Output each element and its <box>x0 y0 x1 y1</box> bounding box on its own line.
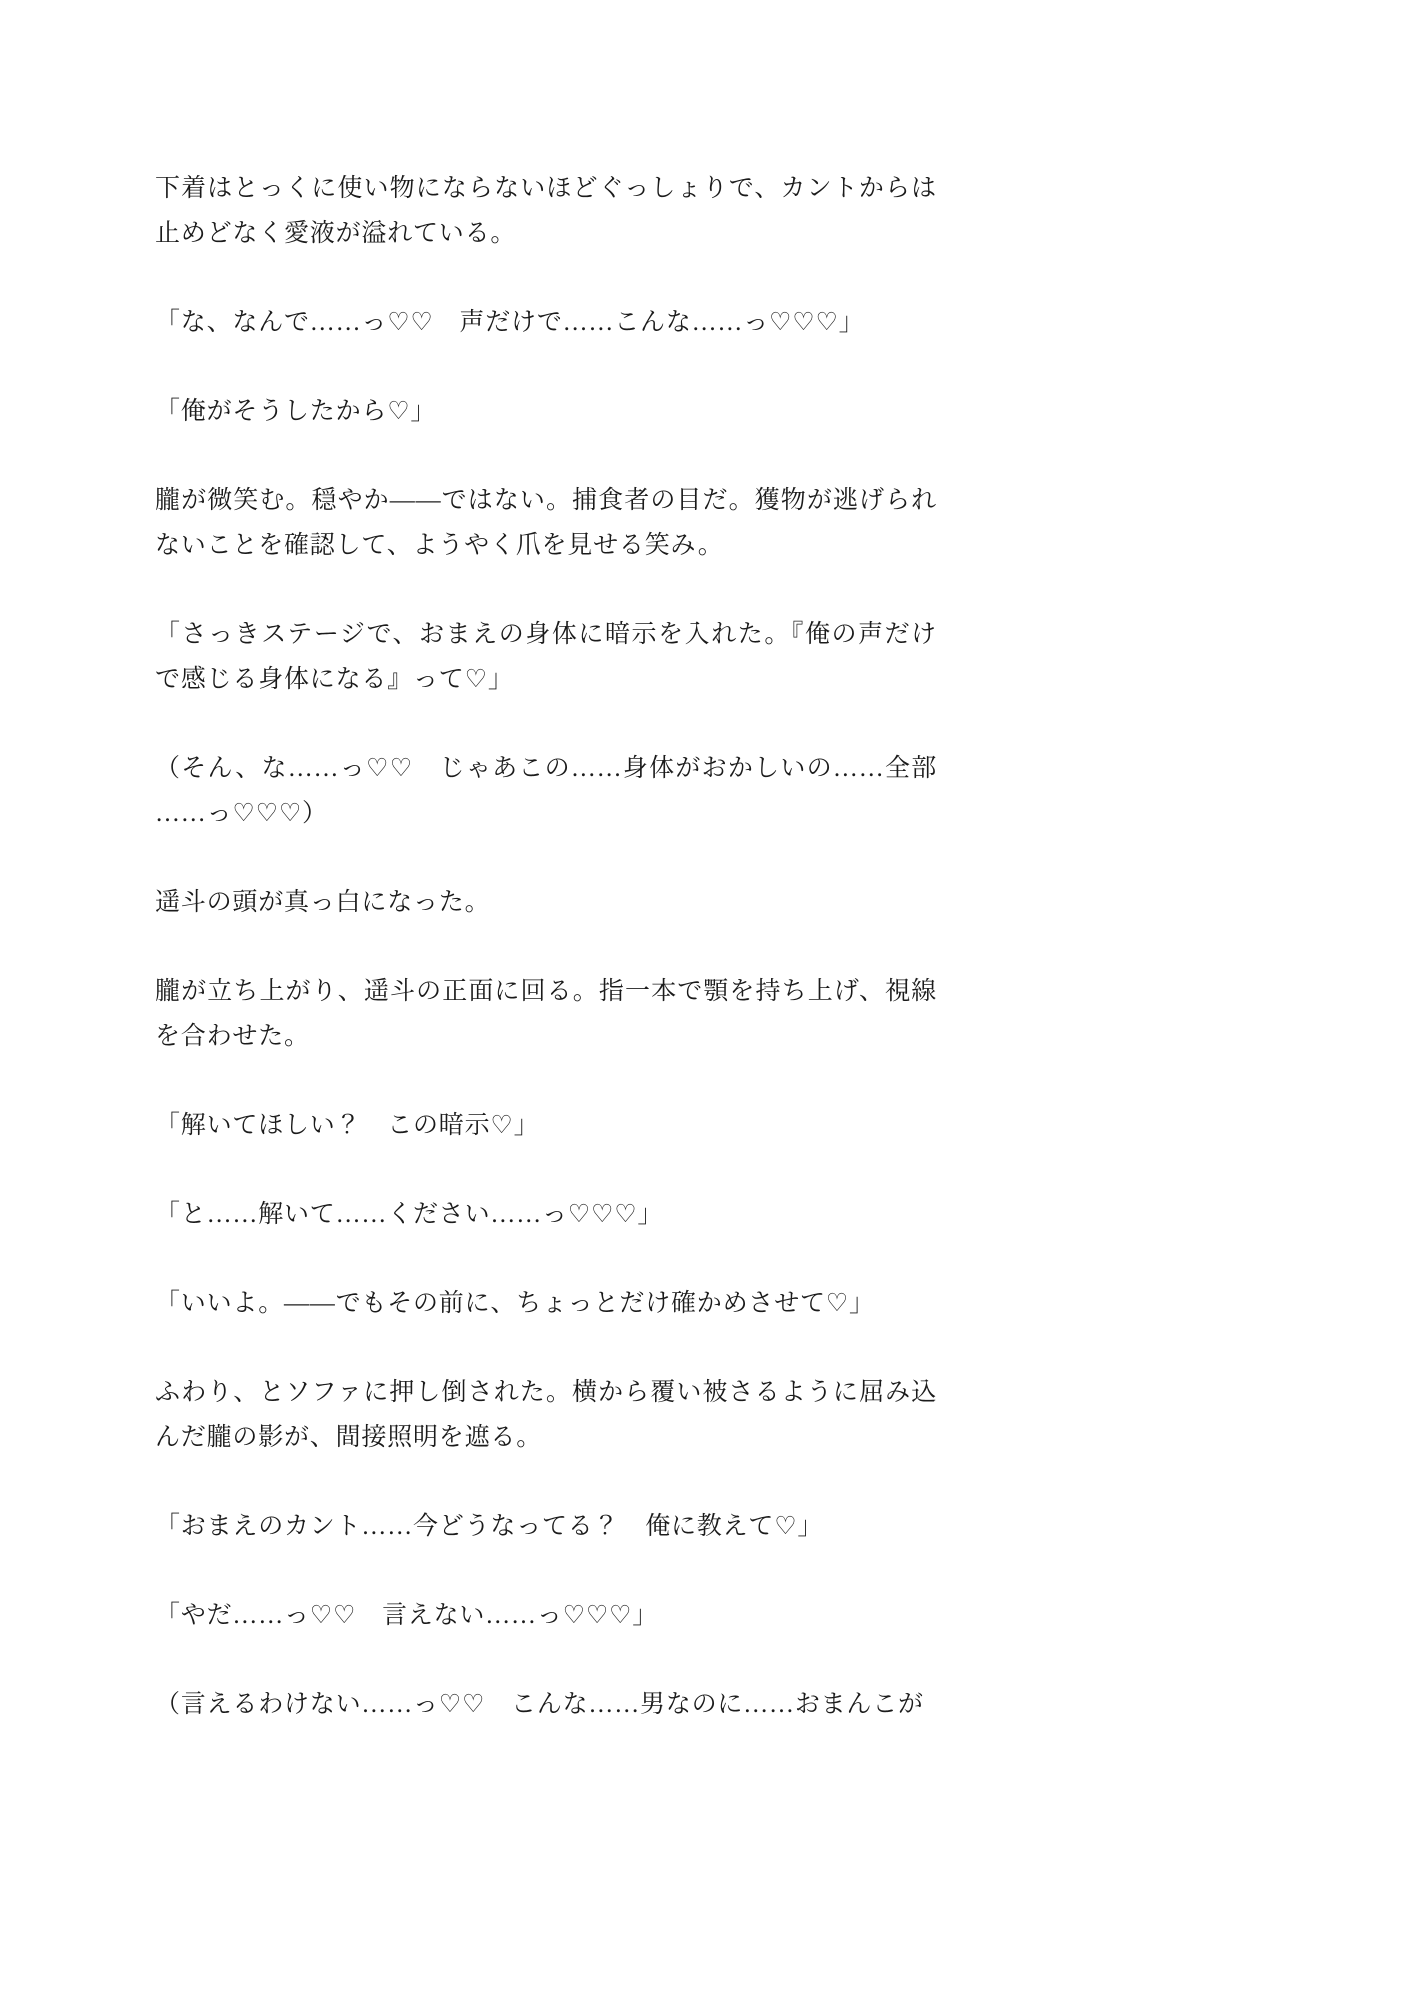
paragraph-dialogue: 「と……解いて……ください……っ♡♡♡」 <box>155 1192 937 1237</box>
paragraph-thought: （そん、な……っ♡♡ じゃあこの……身体がおかしいの……全部……っ♡♡♡） <box>155 746 937 836</box>
paragraph-dialogue: 「な、なんで……っ♡♡ 声だけで……こんな……っ♡♡♡」 <box>155 300 937 345</box>
paragraph-narration: 遥斗の頭が真っ白になった。 <box>155 880 937 925</box>
paragraph-dialogue: 「おまえのカント……今どうなってる？ 俺に教えて♡」 <box>155 1504 937 1549</box>
paragraph-dialogue: 「いいよ。――でもその前に、ちょっとだけ確かめさせて♡」 <box>155 1281 937 1326</box>
paragraph-dialogue: 「俺がそうしたから♡」 <box>155 389 937 434</box>
page-text-column: 下着はとっくに使い物にならないほどぐっしょりで、カントからは止めどなく愛液が溢れ… <box>155 166 937 1727</box>
paragraph-dialogue: 「さっきステージで、おまえの身体に暗示を入れた。『俺の声だけで感じる身体になる』… <box>155 612 937 702</box>
paragraph-narration: 朧が微笑む。穏やか――ではない。捕食者の目だ。獲物が逃げられないことを確認して、… <box>155 478 937 568</box>
paragraph-thought: （言えるわけない……っ♡♡ こんな……男なのに……おまんこが <box>155 1682 937 1727</box>
paragraph-narration: 下着はとっくに使い物にならないほどぐっしょりで、カントからは止めどなく愛液が溢れ… <box>155 166 937 256</box>
paragraph-dialogue: 「やだ……っ♡♡ 言えない……っ♡♡♡」 <box>155 1593 937 1638</box>
paragraph-narration: 朧が立ち上がり、遥斗の正面に回る。指一本で顎を持ち上げ、視線を合わせた。 <box>155 969 937 1059</box>
paragraph-narration: ふわり、とソファに押し倒された。横から覆い被さるように屈み込んだ朧の影が、間接照… <box>155 1370 937 1460</box>
paragraph-dialogue: 「解いてほしい？ この暗示♡」 <box>155 1103 937 1148</box>
ebook-page: 下着はとっくに使い物にならないほどぐっしょりで、カントからは止めどなく愛液が溢れ… <box>0 0 1415 2000</box>
